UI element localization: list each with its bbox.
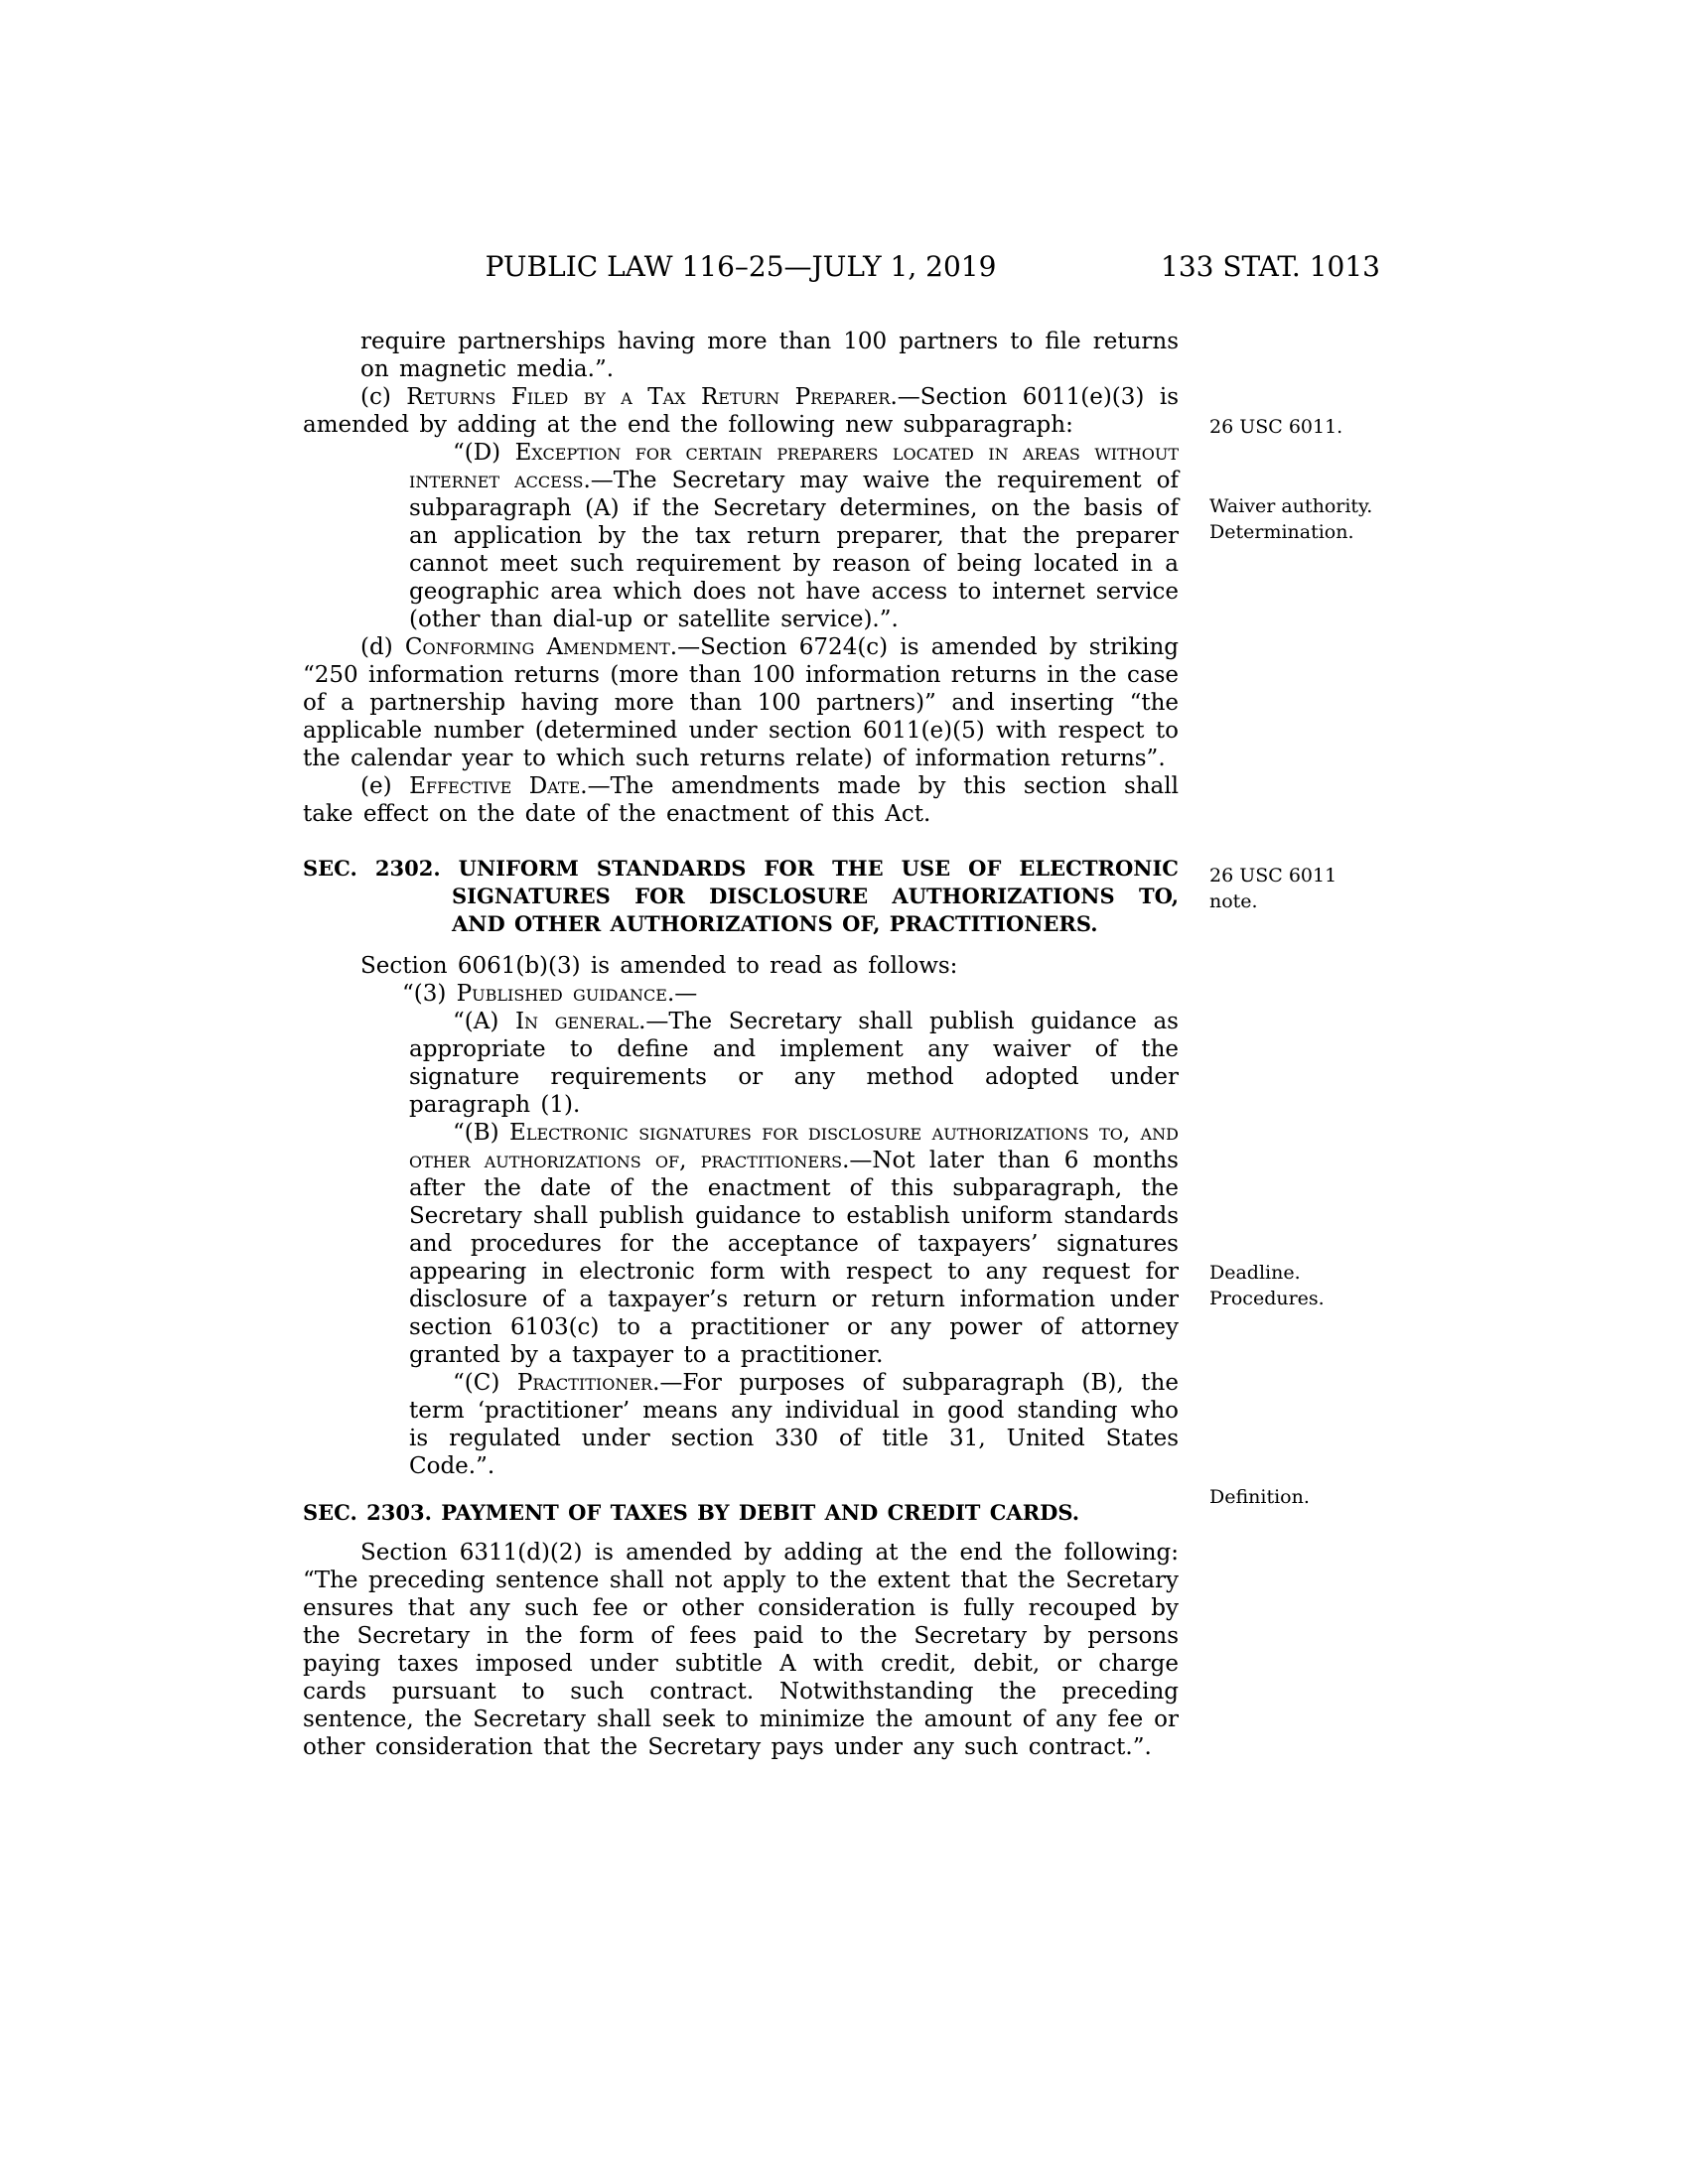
- section-heading-2303: SEC. 2303. PAYMENT OF TAXES BY DEBIT AND…: [303, 1499, 1179, 1527]
- clause-e-heading: Effective Date: [409, 773, 580, 799]
- paragraph-section-6311: Section 6311(d)(2) is amended by adding …: [303, 1539, 1179, 1761]
- paragraph-d: (d) Conforming Amendment.—Section 6724(c…: [303, 633, 1179, 772]
- margin-note-usc-6011-note: 26 USC 6011 note.: [1209, 863, 1403, 914]
- paragraph-3-label: “(3): [402, 981, 457, 1007]
- subparagraph-B-text: .—Not later than 6 months after the date…: [409, 1148, 1179, 1368]
- clause-d-label: (d): [360, 634, 405, 660]
- subparagraph-C-label: “(C): [453, 1370, 517, 1396]
- clause-d-heading: Conforming Amendment: [405, 634, 670, 660]
- margin-note-definition: Definition.: [1209, 1484, 1403, 1510]
- subparagraph-D-label: “(D): [453, 440, 515, 466]
- running-header-stat-number: 133 STAT. 1013: [1161, 250, 1380, 283]
- subparagraph-A: “(A) In general.—The Secretary shall pub…: [303, 1008, 1179, 1119]
- margin-note-usc-6011: 26 USC 6011.: [1209, 414, 1403, 440]
- paragraph-3-text: .—: [667, 981, 697, 1007]
- paragraph-3-heading: Published guidance: [457, 981, 667, 1007]
- subparagraph-A-heading: In general: [515, 1009, 638, 1034]
- paragraph-section-6061: Section 6061(b)(3) is amended to read as…: [303, 952, 1179, 980]
- section-heading-2302: SEC. 2302. UNIFORM STANDARDS FOR THE USE…: [303, 855, 1179, 938]
- clause-c-heading: Returns Filed by a Tax Return Preparer: [406, 384, 890, 410]
- margin-note-deadline-procedures: Deadline. Procedures.: [1209, 1260, 1403, 1311]
- margin-note-waiver-authority: Waiver authority. Determination.: [1209, 493, 1403, 545]
- subparagraph-A-label: “(A): [453, 1009, 515, 1034]
- clause-e-label: (e): [360, 773, 409, 799]
- subparagraph-D: “(D) Exception for certain preparers loc…: [303, 439, 1179, 633]
- statute-page: PUBLIC LAW 116–25—JULY 1, 2019 133 STAT.…: [0, 0, 1688, 2184]
- subparagraph-B: “(B) Electronic signatures for disclosur…: [303, 1119, 1179, 1369]
- running-header-law-title: PUBLIC LAW 116–25—JULY 1, 2019: [303, 250, 1179, 283]
- statute-text-column: require partnerships having more than 10…: [303, 328, 1179, 1761]
- paragraph-e: (e) Effective Date.—The amendments made …: [303, 772, 1179, 828]
- paragraph-c: (c) Returns Filed by a Tax Return Prepar…: [303, 383, 1179, 439]
- subparagraph-C-heading: Practitioner: [517, 1370, 652, 1396]
- paragraph-continuation: require partnerships having more than 10…: [303, 328, 1179, 383]
- clause-c-label: (c): [360, 384, 406, 410]
- paragraph-3: “(3) Published guidance.—: [303, 980, 1179, 1008]
- subparagraph-B-label: “(B): [453, 1120, 509, 1146]
- subparagraph-C: “(C) Practitioner.—For purposes of subpa…: [303, 1369, 1179, 1480]
